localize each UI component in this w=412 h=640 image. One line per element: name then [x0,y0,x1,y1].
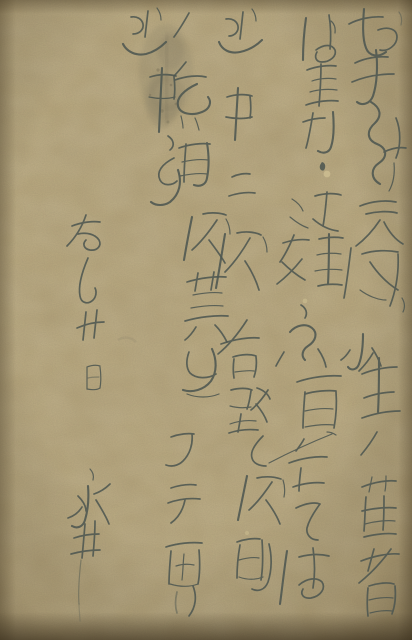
postcard-scan: お手紙拝見候、小生ノ舊著 は重刊ノ訳 雑誌ニ百 立て候 迷中ニ候 右堅く候断 ノ… [0,0,412,640]
postcard-artwork [0,0,412,640]
paper-background [0,0,412,640]
